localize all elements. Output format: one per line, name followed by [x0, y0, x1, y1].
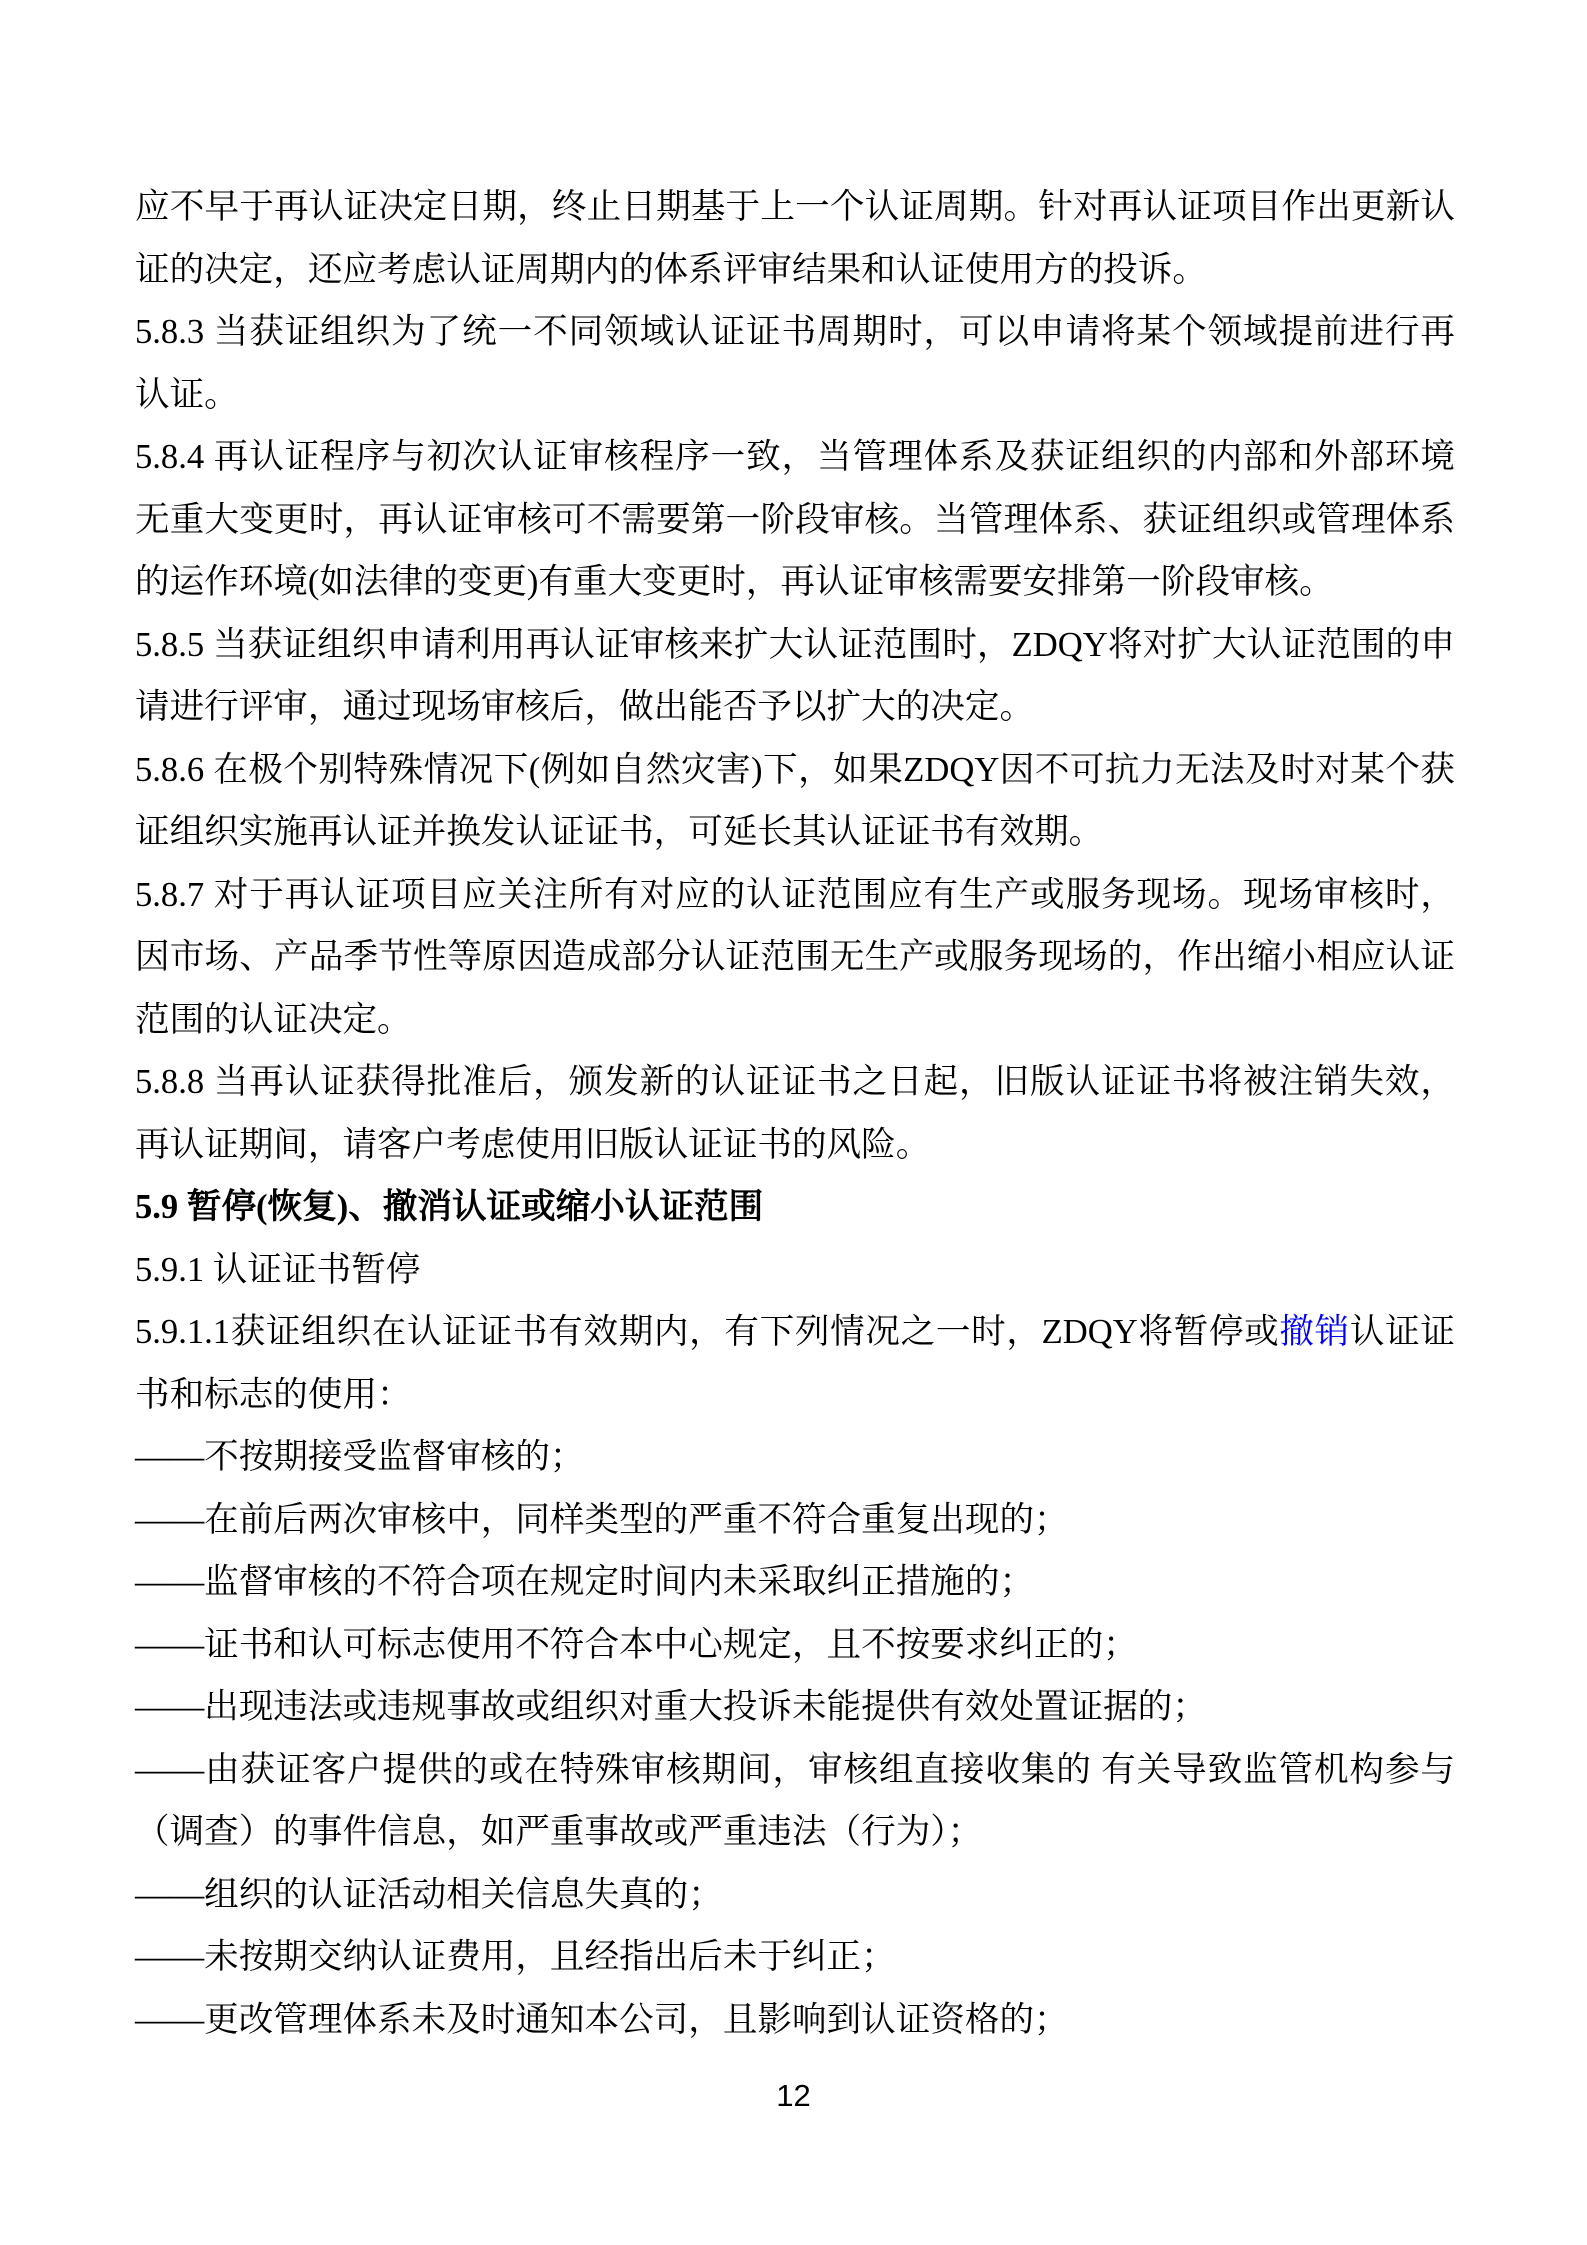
paragraph-5-9-1-1-text-before: 5.9.1.1获证组织在认证证书有效期内，有下列情况之一时，ZDQY将暂停或 — [135, 1313, 1279, 1351]
list-item-overdue-surveillance: ——不按期接受监督审核的； — [135, 1426, 1455, 1489]
paragraph-5-8-7: 5.8.7 对于再认证项目应关注所有对应的认证范围应有生产或服务现场。现场审核时… — [135, 864, 1455, 1052]
paragraph-5-8-3: 5.8.3 当获证组织为了统一不同领域认证证书周期时，可以申请将某个领域提前进行… — [135, 301, 1455, 426]
list-item-regulator-involvement: ——由获证客户提供的或在特殊审核期间，审核组直接收集的 有关导致监管机构参与（调… — [135, 1739, 1455, 1864]
paragraph-5-8-8: 5.8.8 当再认证获得批准后，颁发新的认证证书之日起，旧版认证证书将被注销失效… — [135, 1051, 1455, 1176]
revoke-insertion-text: 撤销 — [1279, 1313, 1350, 1351]
paragraph-5-9-1-1: 5.9.1.1获证组织在认证证书有效期内，有下列情况之一时，ZDQY将暂停或撤销… — [135, 1301, 1455, 1426]
list-item-repeated-nonconformity: ——在前后两次审核中，同样类型的严重不符合重复出现的； — [135, 1489, 1455, 1552]
list-item-unpaid-fees: ——未按期交纳认证费用，且经指出后未于纠正； — [135, 1926, 1455, 1989]
paragraph-5-8-4: 5.8.4 再认证程序与初次认证审核程序一致，当管理体系及获证组织的内部和外部环… — [135, 426, 1455, 614]
section-heading-5-9: 5.9 暂停(恢复)、撤消认证或缩小认证范围 — [135, 1176, 1455, 1239]
paragraph-5-8-6: 5.8.6 在极个别特殊情况下(例如自然灾害)下，如果ZDQY因不可抗力无法及时… — [135, 739, 1455, 864]
paragraph-recert-decision-continued: 应不早于再认证决定日期，终止日期基于上一个认证周期。针对再认证项目作出更新认证的… — [135, 176, 1455, 301]
section-heading-5-9-1: 5.9.1 认证证书暂停 — [135, 1239, 1455, 1302]
list-item-violation-no-evidence: ——出现违法或违规事故或组织对重大投诉未能提供有效处置证据的； — [135, 1676, 1455, 1739]
paragraph-5-8-5: 5.8.5 当获证组织申请利用再认证审核来扩大认证范围时，ZDQY将对扩大认证范… — [135, 614, 1455, 739]
page-number: 12 — [0, 2078, 1587, 2114]
list-item-unreported-changes: ——更改管理体系未及时通知本公司，且影响到认证资格的； — [135, 1989, 1455, 2052]
list-item-no-corrective-action: ——监督审核的不符合项在规定时间内未采取纠正措施的； — [135, 1551, 1455, 1614]
list-item-mark-misuse: ——证书和认可标志使用不符合本中心规定，且不按要求纠正的； — [135, 1614, 1455, 1677]
list-item-false-information: ——组织的认证活动相关信息失真的； — [135, 1864, 1455, 1927]
document-body: 应不早于再认证决定日期，终止日期基于上一个认证周期。针对再认证项目作出更新认证的… — [135, 176, 1455, 2051]
